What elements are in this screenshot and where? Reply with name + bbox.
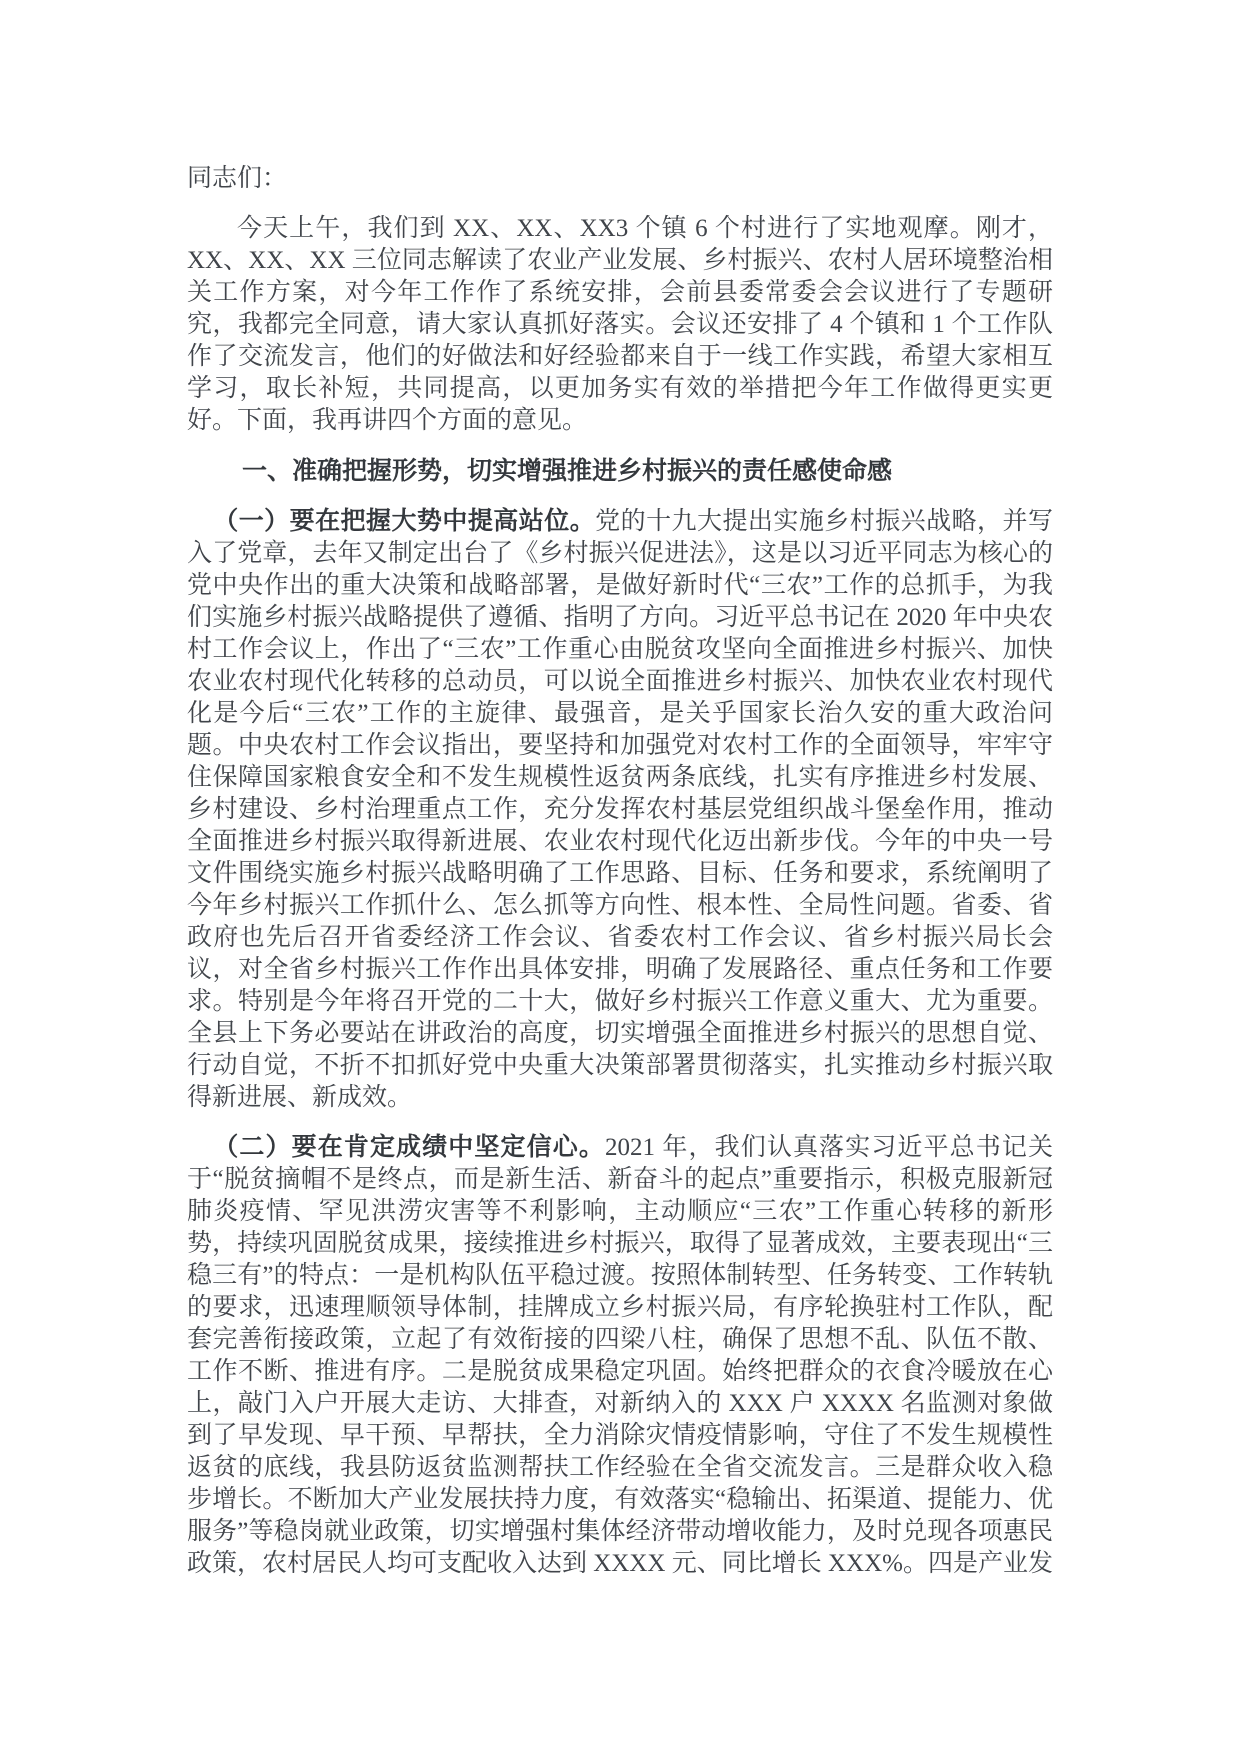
paragraph-section1-sub1: （一）要在把握大势中提高站位。党的十九大提出实施乡村振兴战略，并写入了党章，去年… xyxy=(187,506,1053,1114)
salutation: 同志们： xyxy=(187,163,1053,195)
section-1-heading: 一、准确把握形势，切实增强推进乡村振兴的责任感使命感 xyxy=(187,456,1053,488)
paragraph-section1-sub1-text: 党的十九大提出实施乡村振兴战略，并写入了党章，去年又制定出台了《乡村振兴促进法》… xyxy=(187,508,1053,1111)
paragraph-section1-sub2: （二）要在肯定成绩中坚定信心。2021 年，我们认真落实习近平总书记关于“脱贫摘… xyxy=(187,1132,1053,1580)
document-page: 同志们： 今天上午，我们到 XX、XX、XX3 个镇 6 个村进行了实地观摩。刚… xyxy=(0,0,1240,1754)
paragraph-section1-sub2-lead: （二）要在肯定成绩中坚定信心。 xyxy=(213,1134,605,1161)
paragraph-intro: 今天上午，我们到 XX、XX、XX3 个镇 6 个村进行了实地观摩。刚才，XX、… xyxy=(187,213,1053,437)
paragraph-section1-sub2-text: 2021 年，我们认真落实习近平总书记关于“脱贫摘帽不是终点，而是新生活、新奋斗… xyxy=(187,1134,1053,1577)
paragraph-section1-sub1-lead: （一）要在把握大势中提高站位。 xyxy=(213,508,595,535)
